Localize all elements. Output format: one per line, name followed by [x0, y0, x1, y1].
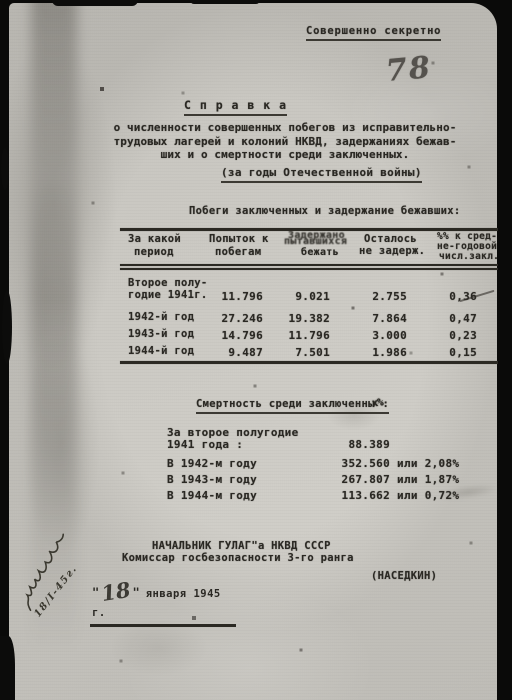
mortality-title-text: Смертность среди заключенны [196, 398, 375, 410]
document-content: Совершенно секретно 78 С п р а в к а о ч… [0, 0, 512, 700]
quote-mark: " [132, 586, 139, 600]
intro-paragraph: о численности совершенных побегов из исп… [108, 121, 462, 162]
quote-mark: " [92, 586, 99, 600]
mortality-section-title: Смертность среди заключенных%: [196, 398, 389, 414]
table-cell-detained: 19.382 [270, 312, 330, 325]
mortality-row-label: 1941 года : [167, 438, 243, 451]
col-header-not-detained: Осталось [364, 233, 417, 245]
intro-line-2: трудовых лагерей и колоний НКВД, задержа… [114, 135, 457, 148]
table-rule-header-2 [120, 268, 498, 270]
intro-note: (за годы Отечественной войны) [221, 166, 422, 183]
handwritten-page-number: 78 [385, 50, 434, 89]
signature-position-line2: Комиссар госбезопасности 3-го ранга [122, 552, 354, 564]
table-row-period: Второе полу- [128, 277, 207, 289]
scan-edge-blob [1, 148, 9, 190]
signature-position-line1: НАЧАЛЬНИК ГУЛАГ"а НКВД СССР [152, 540, 331, 552]
scan-edge-blob [2, 290, 12, 364]
table-row-period: 1944-й год [128, 345, 194, 357]
scanned-document-page: Совершенно секретно 78 С п р а в к а о ч… [0, 0, 512, 700]
scan-edge-blob [52, 0, 138, 6]
overtyped-correction: х% [371, 396, 383, 409]
scan-edge-blob [190, 0, 260, 4]
table-cell-not-detained: 2.755 [347, 290, 407, 303]
col-header-not-detained: не задерж. [359, 245, 425, 257]
table-cell-detained: 11.796 [270, 329, 330, 342]
table-cell-not-detained: 3.000 [347, 329, 407, 342]
table-cell-percent: 0,47 [417, 312, 477, 325]
intro-line-3: ших и о смертности среди заключенных. [161, 148, 410, 161]
col-header-period: период [134, 246, 174, 258]
col-header-percent: числ.закл. [439, 251, 499, 262]
table-cell-attempts: 14.796 [203, 329, 263, 342]
col-header-detained: пытавшихся [284, 236, 347, 247]
col-header-period: За какой [128, 233, 181, 245]
table-row-period: годие 1941г. [128, 289, 207, 301]
date-line: "18"января 1945 г. [90, 582, 236, 627]
mortality-row-value: 352.560 [330, 457, 390, 470]
table-cell-not-detained: 7.864 [347, 312, 407, 325]
classification-stamp: Совершенно секретно [306, 25, 441, 41]
table-cell-percent: 0,23 [417, 329, 477, 342]
col-header-detained: бежать [301, 247, 339, 258]
table-cell-detained: 7.501 [270, 346, 330, 359]
mortality-row-label: В 1944-м году [167, 489, 257, 502]
table-row-period: 1943-й год [128, 328, 194, 340]
table-cell-attempts: 27.246 [203, 312, 263, 325]
col-header-attempts: Попыток к [209, 233, 269, 245]
signature-name: (НАСЕДКИН) [371, 570, 437, 582]
mortality-row-note: или 2,08% [397, 457, 459, 470]
table-cell-detained: 9.021 [270, 290, 330, 303]
paper-speckles [0, 0, 2, 2]
table-rule-bottom [120, 361, 498, 364]
mortality-row-label: В 1942-м году [167, 457, 257, 470]
document-title: С п р а в к а [184, 98, 287, 116]
intro-line-1: о численности совершенных побегов из исп… [114, 121, 457, 134]
scan-edge-blob [0, 636, 15, 700]
mortality-row-note: или 0,72% [397, 489, 459, 502]
col-header-attempts: побегам [215, 246, 261, 258]
table-cell-attempts: 9.487 [203, 346, 263, 359]
mortality-row-value: 88.389 [330, 438, 390, 451]
escapes-section-title: Побеги заключенных и задержание бежавших… [189, 205, 460, 217]
mortality-row-value: 267.807 [330, 473, 390, 486]
mortality-row-label: В 1943-м году [167, 473, 257, 486]
handwritten-day: 18 [101, 585, 131, 599]
table-rule-header-1 [120, 264, 498, 266]
table-cell-attempts: 11.796 [203, 290, 263, 303]
mortality-row-note: или 1,87% [397, 473, 459, 486]
mortality-row-value: 113.662 [330, 489, 390, 502]
table-cell-percent: 0,15 [417, 346, 477, 359]
table-row-period: 1942-й год [128, 311, 194, 323]
table-cell-not-detained: 1.986 [347, 346, 407, 359]
